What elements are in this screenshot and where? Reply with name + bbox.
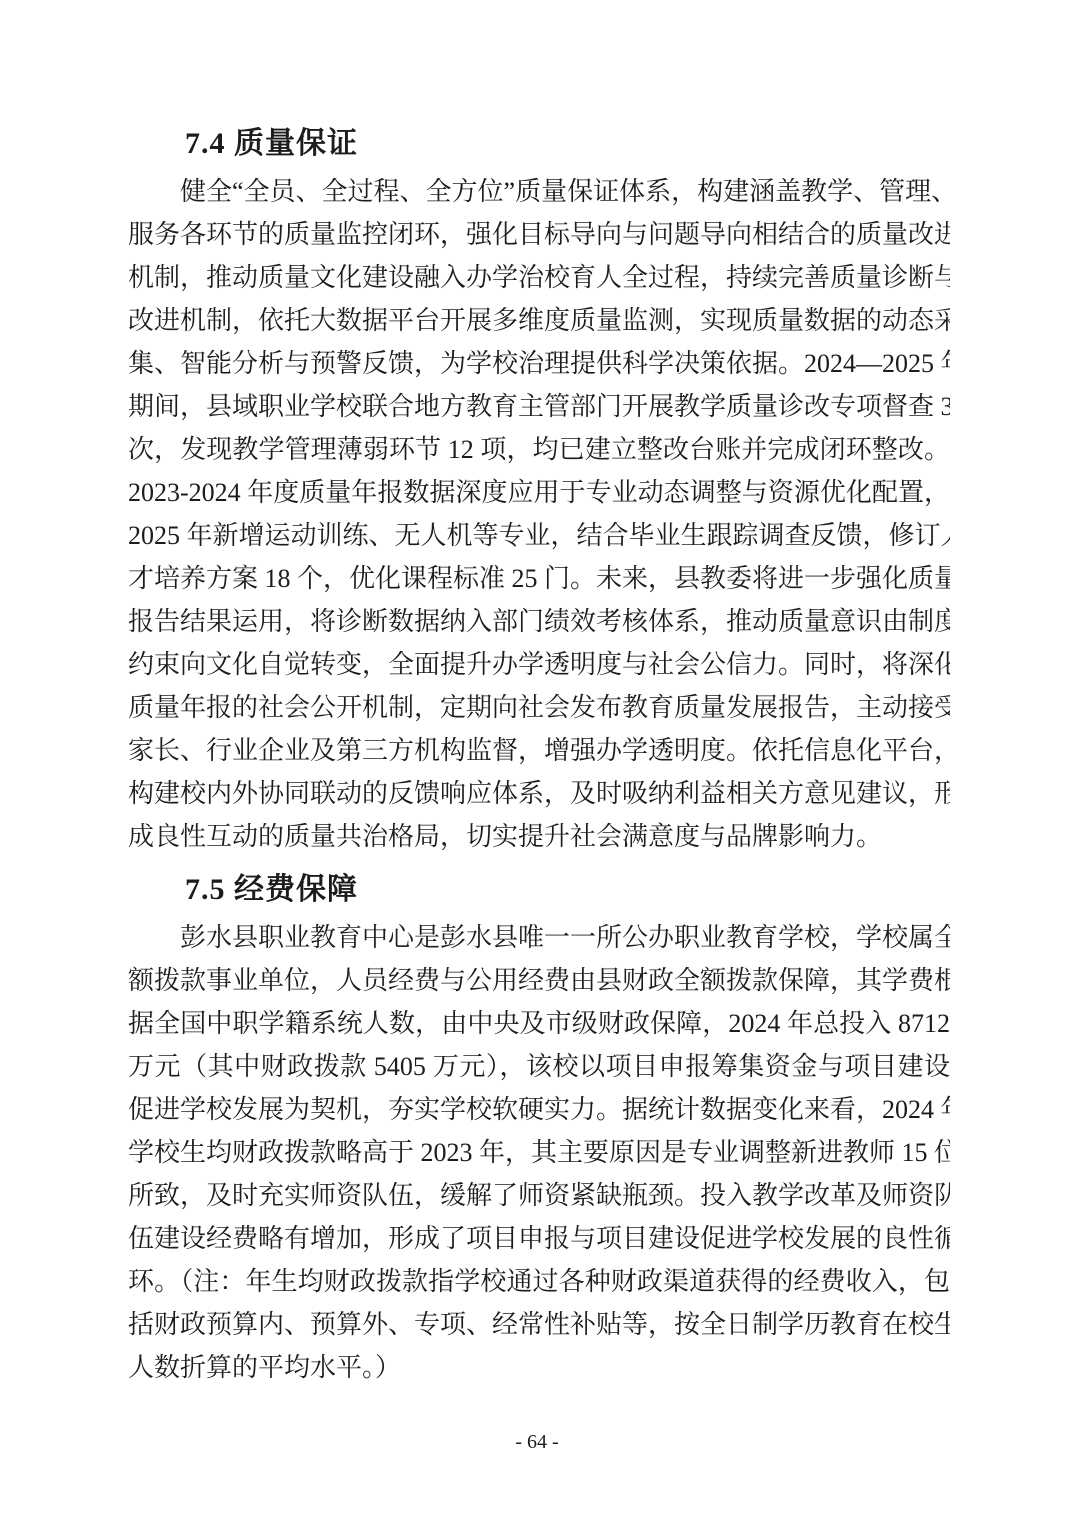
text-line: 构建校内外协同联动的反馈响应体系，及时吸纳利益相关方意见建议，形 <box>128 772 950 815</box>
text-line: 促进学校发展为契机，夯实学校软硬实力。据统计数据变化来看，2024 年 <box>128 1088 950 1131</box>
section-heading-quality-assurance: 7.4 质量保证 <box>128 126 950 162</box>
text-line: 括财政预算内、预算外、专项、经常性补贴等，按全日制学历教育在校生 <box>128 1303 950 1346</box>
text-line: 报告结果运用，将诊断数据纳入部门绩效考核体系，推动质量意识由制度 <box>128 600 950 643</box>
text-line: 服务各环节的质量监控闭环，强化目标导向与问题导向相结合的质量改进 <box>128 213 950 256</box>
page-content: 7.4 质量保证 健全“全员、全过程、全方位”质量保证体系，构建涵盖教学、管理、… <box>128 126 950 1389</box>
section-heading-funding-guarantee: 7.5 经费保障 <box>128 872 950 908</box>
page-number: - 64 - <box>0 1430 1074 1454</box>
text-line: 彭水县职业教育中心是彭水县唯一一所公办职业教育学校，学校属全 <box>128 916 950 959</box>
text-line: 万元（其中财政拨款 5405 万元），该校以项目申报筹集资金与项目建设 <box>128 1045 950 1088</box>
text-line: 伍建设经费略有增加，形成了项目申报与项目建设促进学校发展的良性循 <box>128 1217 950 1260</box>
text-line: 约束向文化自觉转变，全面提升办学透明度与社会公信力。同时，将深化 <box>128 643 950 686</box>
text-line: 2023-2024 年度质量年报数据深度应用于专业动态调整与资源优化配置， <box>128 471 950 514</box>
paragraph-quality-assurance: 健全“全员、全过程、全方位”质量保证体系，构建涵盖教学、管理、服务各环节的质量监… <box>128 170 950 858</box>
text-line: 改进机制，依托大数据平台开展多维度质量监测，实现质量数据的动态采 <box>128 299 950 342</box>
text-line: 健全“全员、全过程、全方位”质量保证体系，构建涵盖教学、管理、 <box>128 170 950 213</box>
text-line: 才培养方案 18 个，优化课程标准 25 门。未来，县教委将进一步强化质量 <box>128 557 950 600</box>
text-line: 次，发现教学管理薄弱环节 12 项，均已建立整改台账并完成闭环整改。 <box>128 428 950 471</box>
text-line: 额拨款事业单位，人员经费与公用经费由县财政全额拨款保障，其学费根 <box>128 959 950 1002</box>
paragraph-funding-guarantee: 彭水县职业教育中心是彭水县唯一一所公办职业教育学校，学校属全额拨款事业单位，人员… <box>128 916 950 1389</box>
text-line: 集、智能分析与预警反馈，为学校治理提供科学决策依据。2024—2025 年 <box>128 342 950 385</box>
text-line: 机制，推动质量文化建设融入办学治校育人全过程，持续完善质量诊断与 <box>128 256 950 299</box>
text-line: 期间，县域职业学校联合地方教育主管部门开展教学质量诊改专项督查 3 <box>128 385 950 428</box>
text-line: 家长、行业企业及第三方机构监督，增强办学透明度。依托信息化平台， <box>128 729 950 772</box>
text-line: 2025 年新增运动训练、无人机等专业，结合毕业生跟踪调查反馈，修订人 <box>128 514 950 557</box>
document-page: { "page": { "number_label": "- 64 -" }, … <box>0 0 1074 1520</box>
text-line: 环。（注：年生均财政拨款指学校通过各种财政渠道获得的经费收入，包 <box>128 1260 950 1303</box>
text-line: 成良性互动的质量共治格局，切实提升社会满意度与品牌影响力。 <box>128 815 950 858</box>
text-line: 据全国中职学籍系统人数，由中央及市级财政保障，2024 年总投入 8712 <box>128 1002 950 1045</box>
text-line: 学校生均财政拨款略高于 2023 年，其主要原因是专业调整新进教师 15 位 <box>128 1131 950 1174</box>
text-line: 人数折算的平均水平。） <box>128 1346 950 1389</box>
text-line: 所致，及时充实师资队伍，缓解了师资紧缺瓶颈。投入教学改革及师资队 <box>128 1174 950 1217</box>
text-line: 质量年报的社会公开机制，定期向社会发布教育质量发展报告，主动接受 <box>128 686 950 729</box>
